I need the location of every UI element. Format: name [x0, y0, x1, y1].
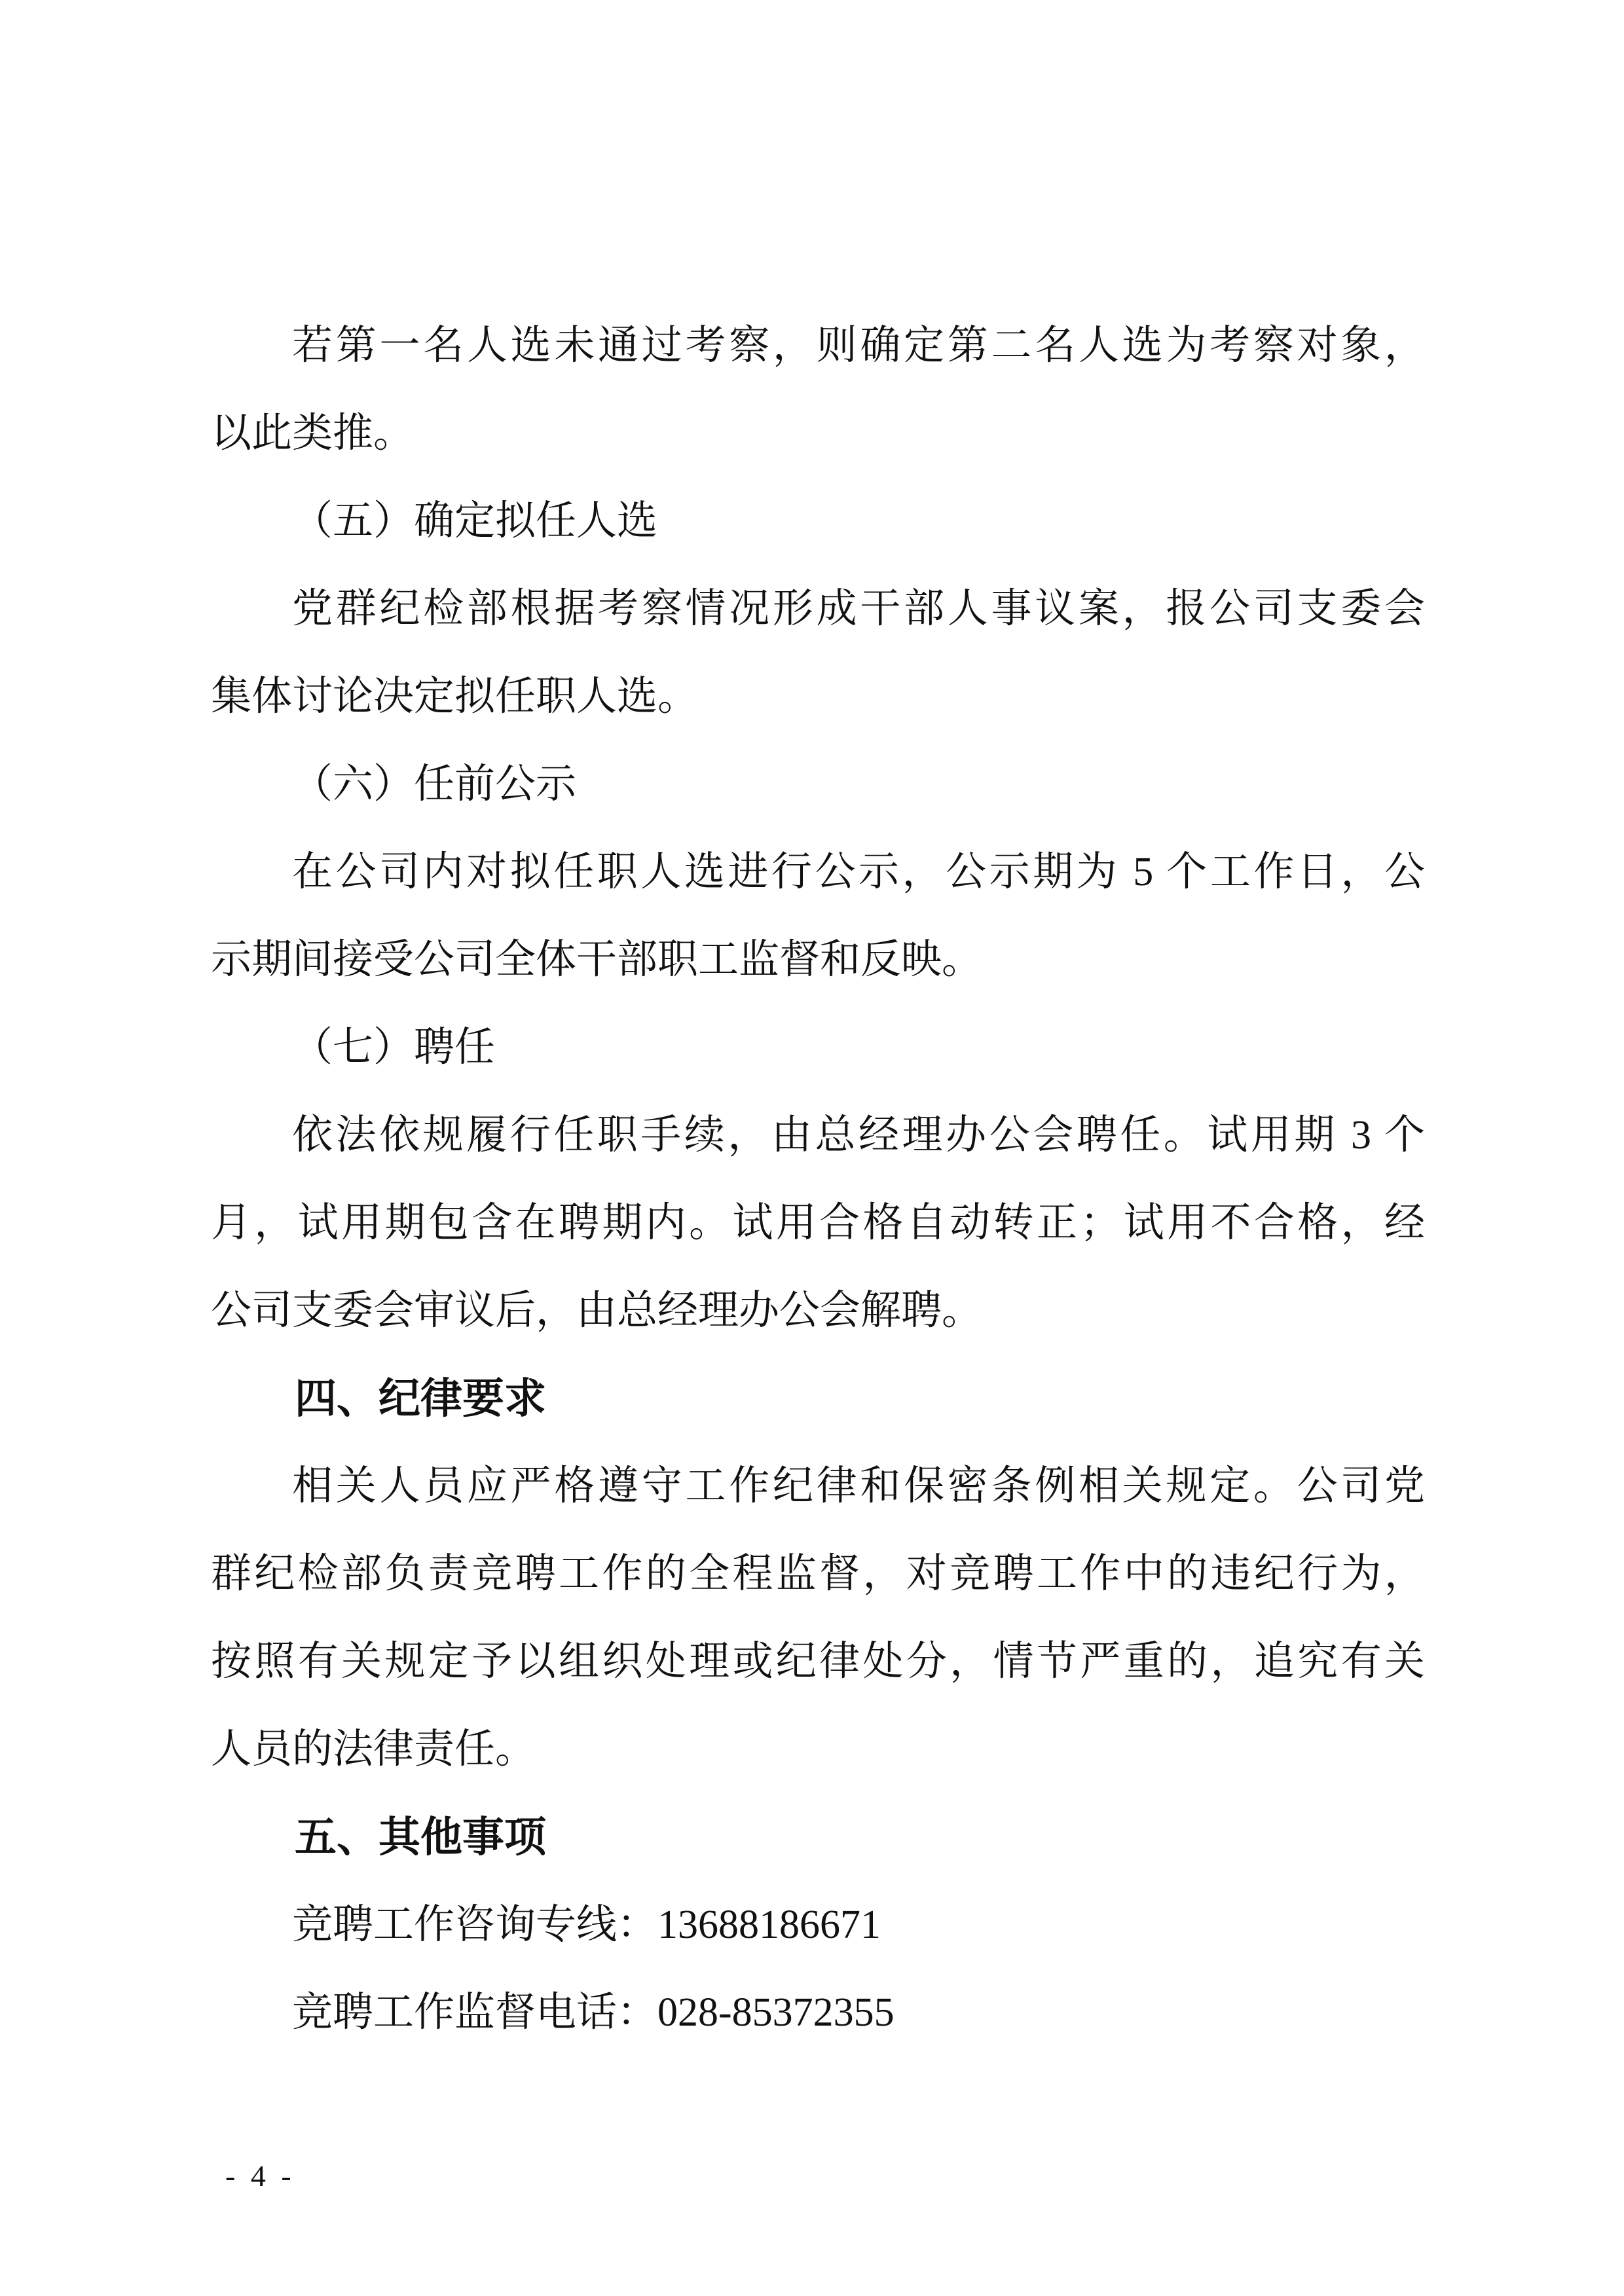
section-heading: 四、纪律要求 [211, 1355, 1425, 1442]
section-heading: 五、其他事项 [211, 1793, 1425, 1881]
text-line: 集体讨论决定拟任职人选。 [211, 653, 1425, 740]
text-line: 若第一名人选未通过考察，则确定第二名人选为考察对象， [211, 302, 1425, 390]
text-line: 公司支委会审议后，由总经理办公会解聘。 [211, 1267, 1425, 1355]
text-line: 以此类推。 [211, 390, 1425, 477]
text-line: 按照有关规定予以组织处理或纪律处分，情节严重的，追究有关 [211, 1618, 1425, 1705]
text-line: 竞聘工作监督电话：028-85372355 [211, 1969, 1425, 2056]
text-line: 群纪检部负责竞聘工作的全程监督，对竞聘工作中的违纪行为， [211, 1530, 1425, 1618]
text-line: 人员的法律责任。 [211, 1705, 1425, 1793]
text-line: （六）任前公示 [211, 740, 1425, 828]
text-line: 在公司内对拟任职人选进行公示，公示期为 5 个工作日，公 [211, 828, 1425, 916]
text-line: 依法依规履行任职手续，由总经理办公会聘任。试用期 3 个 [211, 1091, 1425, 1179]
page-number: - 4 - [225, 2157, 295, 2196]
text-line: （七）聘任 [211, 1004, 1425, 1091]
text-line: 竞聘工作咨询专线：13688186671 [211, 1881, 1425, 1969]
document-page: 若第一名人选未通过考察，则确定第二名人选为考察对象，以此类推。（五）确定拟任人选… [0, 0, 1624, 2296]
text-line: 党群纪检部根据考察情况形成干部人事议案，报公司支委会 [211, 565, 1425, 653]
text-line: 示期间接受公司全体干部职工监督和反映。 [211, 916, 1425, 1004]
text-line: 月，试用期包含在聘期内。试用合格自动转正；试用不合格，经 [211, 1179, 1425, 1267]
document-body: 若第一名人选未通过考察，则确定第二名人选为考察对象，以此类推。（五）确定拟任人选… [211, 302, 1425, 2056]
text-line: 相关人员应严格遵守工作纪律和保密条例相关规定。公司党 [211, 1442, 1425, 1530]
text-line: （五）确定拟任人选 [211, 477, 1425, 565]
